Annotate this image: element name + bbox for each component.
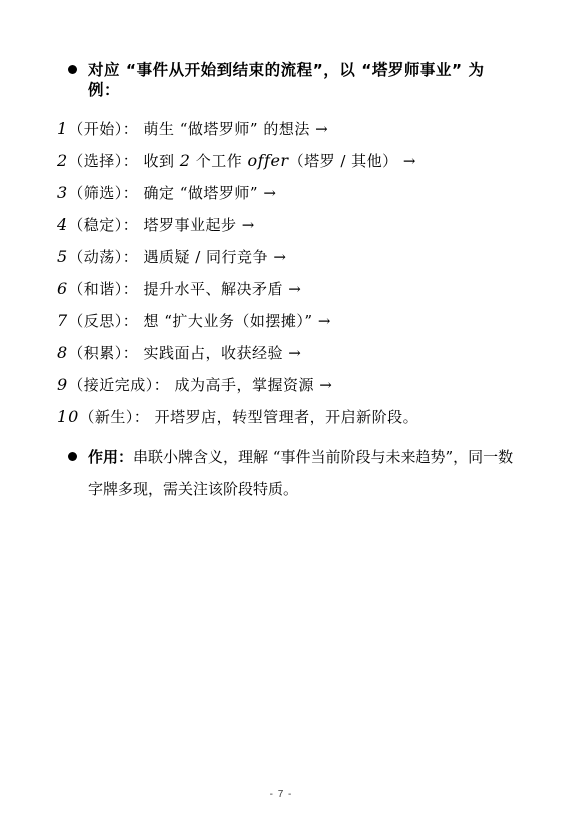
latin-text: offer [247, 151, 288, 170]
step-number: 8 [57, 343, 68, 362]
text-segment: 对应 [88, 61, 126, 79]
step-number: 7 [57, 311, 68, 330]
step-number: 3 [57, 183, 68, 202]
bullet-icon [68, 452, 77, 461]
text-segment: （塔罗 / 其他） → [289, 152, 416, 170]
step-number: 2 [57, 151, 68, 170]
step-number: 5 [57, 247, 68, 266]
usage-body: 作用：串联小牌含义，理解 “事件当前阶段与未来趋势”，同一数字牌多现，需关注该阶… [88, 441, 514, 505]
text-segment: 个工作 [190, 152, 247, 170]
text-segment: （筛选）： 确定 “做塔罗师” → [68, 184, 276, 202]
text-segment: （选择）： 收到 [68, 152, 180, 170]
text-segment: （动荡）： 遇质疑 / 同行竞争 → [68, 248, 286, 266]
usage-note: 作用：串联小牌含义，理解 “事件当前阶段与未来趋势”，同一数字牌多现，需关注该阶… [57, 441, 514, 505]
page-content: 对应 “事件从开始到结束的流程”，以 “塔罗师事业” 为例： 1（开始）： 萌生… [57, 60, 514, 505]
usage-label: 作用： [88, 448, 133, 466]
bullet-icon [68, 65, 77, 74]
step-number: 9 [57, 375, 68, 394]
text-segment: （接近完成）： 成为高手，掌握资源 → [68, 376, 332, 394]
step-number: 10 [57, 407, 79, 426]
example-heading-text: 对应 “事件从开始到结束的流程”，以 “塔罗师事业” 为例： [88, 60, 514, 100]
text-segment: （稳定）： 塔罗事业起步 → [68, 216, 255, 234]
usage-text: 串联小牌含义，理解 “事件当前阶段与未来趋势”，同一数字牌多现，需关注该阶段特质… [88, 448, 513, 498]
text-segment: ，以 [323, 61, 361, 79]
text-segment: （积累）： 实践面占，收获经验 → [68, 344, 301, 362]
step-row: 3（筛选）： 确定 “做塔罗师” → [57, 185, 514, 201]
text-segment: （和谐）： 提升水平、解决矛盾 → [68, 280, 301, 298]
example-heading: 对应 “事件从开始到结束的流程”，以 “塔罗师事业” 为例： [57, 60, 514, 100]
text-segment: （反思）： 想 “扩大业务（如摆摊）” → [68, 312, 331, 330]
step-row: 4（稳定）： 塔罗事业起步 → [57, 217, 514, 233]
text-segment: （新生）： 开塔罗店，转型管理者，开启新阶段。 [79, 408, 418, 426]
step-row: 5（动荡）： 遇质疑 / 同行竞争 → [57, 249, 514, 265]
step-number: 1 [57, 119, 68, 138]
step-row: 1（开始）： 萌生 “做塔罗师” 的想法 → [57, 121, 514, 137]
text-segment: （开始）： 萌生 “做塔罗师” 的想法 → [68, 120, 328, 138]
step-row: 6（和谐）： 提升水平、解决矛盾 → [57, 281, 514, 297]
page-number: - 7 - [270, 789, 293, 800]
page-footer: - 7 - [0, 789, 562, 800]
step-row: 7（反思）： 想 “扩大业务（如摆摊）” → [57, 313, 514, 329]
step-row: 2（选择）： 收到 2 个工作 offer（塔罗 / 其他） → [57, 153, 514, 169]
steps-list: 1（开始）： 萌生 “做塔罗师” 的想法 →2（选择）： 收到 2 个工作 of… [57, 121, 514, 425]
document-page: 对应 “事件从开始到结束的流程”，以 “塔罗师事业” 为例： 1（开始）： 萌生… [0, 0, 562, 822]
quoted-phrase: “事件从开始到结束的流程” [126, 61, 323, 79]
step-row: 8（积累）： 实践面占，收获经验 → [57, 345, 514, 361]
step-row: 9（接近完成）： 成为高手，掌握资源 → [57, 377, 514, 393]
latin-text: 2 [180, 151, 191, 170]
step-number: 4 [57, 215, 68, 234]
quoted-phrase: “塔罗师事业” [361, 61, 462, 79]
step-row: 10（新生）： 开塔罗店，转型管理者，开启新阶段。 [57, 409, 514, 425]
step-number: 6 [57, 279, 68, 298]
